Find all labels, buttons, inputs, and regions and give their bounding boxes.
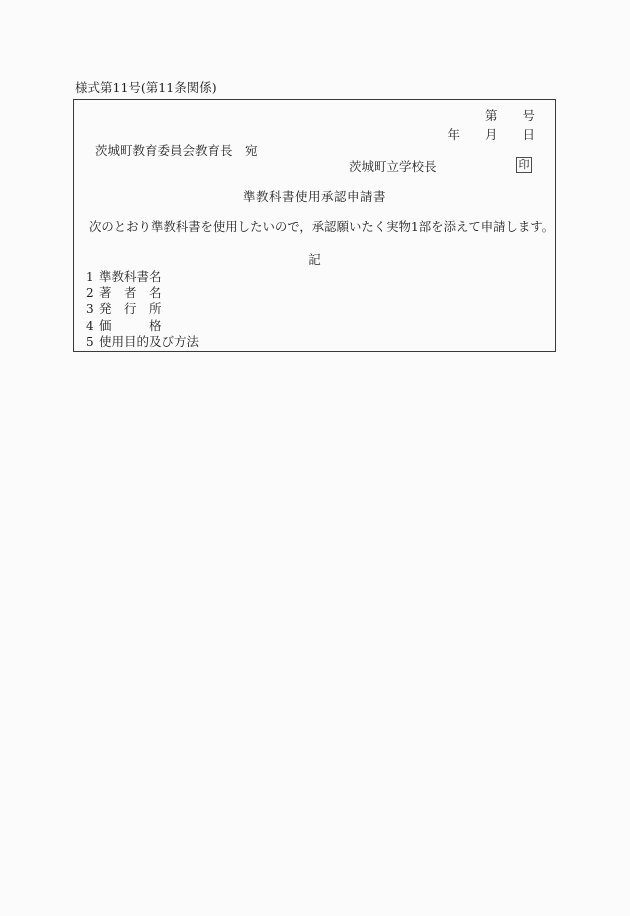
list-item-label: 使用目的及び方法 [99, 334, 199, 349]
list-item-label: 価 格 [99, 318, 162, 333]
list-item: 4価 格 [86, 318, 199, 334]
addressee-line: 茨城町教育委員会教育長 宛 [95, 143, 258, 158]
item-list: 1準教科書名 2著 者 名 3発 行 所 4価 格 5使用目的及び方法 [86, 269, 199, 350]
list-item-number: 5 [86, 335, 99, 350]
sender-line: 茨城町立学校長 [349, 159, 437, 174]
application-form-box: 第 号 年 月 日 茨城町教育委員会教育長 宛 茨城町立学校長 印 準教科書使用… [73, 99, 556, 352]
list-item-label: 発 行 所 [99, 301, 162, 316]
list-item-number: 2 [86, 286, 99, 301]
list-header-ki: 記 [74, 252, 555, 267]
list-item: 2著 者 名 [86, 285, 199, 301]
body-paragraph: 次のとおり準教科書を使用したいので，承認願いたく実物1部を添えて申請します。 [89, 219, 554, 234]
list-item: 1準教科書名 [86, 269, 199, 285]
list-item: 3発 行 所 [86, 301, 199, 317]
list-item-label: 著 者 名 [99, 285, 162, 300]
document-page: 様式第11号(第11条関係) 第 号 年 月 日 茨城町教育委員会教育長 宛 茨… [0, 0, 630, 916]
document-number-line: 第 号 [485, 108, 535, 123]
list-item-label: 準教科書名 [99, 269, 162, 284]
list-item-number: 3 [86, 302, 99, 317]
date-line: 年 月 日 [447, 127, 535, 142]
list-item-number: 1 [86, 270, 99, 285]
list-item: 5使用目的及び方法 [86, 334, 199, 350]
form-number-label: 様式第11号(第11条関係) [75, 80, 217, 95]
list-item-number: 4 [86, 319, 99, 334]
seal-stamp-box: 印 [516, 157, 532, 173]
document-title: 準教科書使用承認申請書 [74, 189, 555, 204]
